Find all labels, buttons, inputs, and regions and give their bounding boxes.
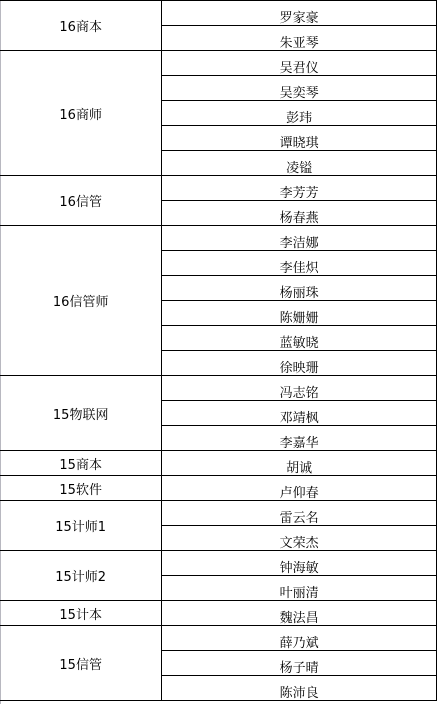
student-name: 杨丽珠	[280, 286, 319, 301]
table-row: 16信管师李洁娜	[0, 226, 437, 251]
student-name-cell[interactable]: 卢仰春	[162, 476, 437, 501]
student-name: 谭晓琪	[280, 136, 319, 151]
student-name-cell[interactable]: 罗家豪	[162, 1, 437, 26]
student-name-cell[interactable]: 杨子晴	[162, 651, 437, 676]
student-name-cell[interactable]: 李嘉华	[162, 426, 437, 451]
student-name-cell[interactable]: 蓝敏晓	[162, 326, 437, 351]
student-name: 叶丽清	[280, 586, 319, 601]
class-cell[interactable]: 15计本	[0, 601, 162, 626]
student-name-cell[interactable]: 杨丽珠	[162, 276, 437, 301]
table-row: 15计师2钟海敏	[0, 551, 437, 576]
student-name-cell[interactable]: 杨春燕	[162, 201, 437, 226]
table-row: 15计本魏法昌	[0, 601, 437, 626]
class-cell[interactable]: 16信管师	[0, 226, 162, 376]
student-name: 杨春燕	[280, 211, 319, 226]
student-name-cell[interactable]: 李佳炽	[162, 251, 437, 276]
student-name: 罗家豪	[280, 11, 319, 26]
class-cell[interactable]: 16商师	[0, 51, 162, 176]
student-name-cell[interactable]: 凌镒	[162, 151, 437, 176]
student-name-cell[interactable]: 彭玮	[162, 101, 437, 126]
student-name-cell[interactable]: 陈沛良	[162, 676, 437, 701]
student-name: 吴奕琴	[280, 86, 319, 101]
class-cell[interactable]: 16信管	[0, 176, 162, 226]
table-row: 15商本胡诚	[0, 451, 437, 476]
table-row: 16信管李芳芳	[0, 176, 437, 201]
student-name-cell[interactable]: 谭晓琪	[162, 126, 437, 151]
student-name: 李芳芳	[280, 186, 319, 201]
class-cell[interactable]: 15物联网	[0, 376, 162, 451]
student-name-cell[interactable]: 冯志铭	[162, 376, 437, 401]
student-name-cell[interactable]: 叶丽清	[162, 576, 437, 601]
student-name: 冯志铭	[280, 386, 319, 401]
student-name: 彭玮	[286, 111, 312, 126]
class-cell[interactable]: 15信管	[0, 626, 162, 701]
table-row: 16商师吴君仪	[0, 51, 437, 76]
student-name: 徐映珊	[280, 361, 319, 376]
student-name: 吴君仪	[280, 61, 319, 76]
student-name: 蓝敏晓	[280, 336, 319, 351]
student-name: 薛乃斌	[280, 636, 319, 651]
student-name-cell[interactable]: 邓靖枫	[162, 401, 437, 426]
student-name: 文荣杰	[280, 536, 319, 551]
student-name: 凌镒	[286, 161, 312, 176]
student-name: 胡诚	[286, 461, 312, 476]
table-row: 15信管薛乃斌	[0, 626, 437, 651]
student-name: 陈姗姗	[280, 311, 319, 326]
class-cell[interactable]: 15计师2	[0, 551, 162, 601]
table-row: 16商本罗家豪	[0, 1, 437, 26]
student-name: 李洁娜	[280, 236, 319, 251]
class-cell[interactable]: 15软件	[0, 476, 162, 501]
class-cell[interactable]: 16商本	[0, 1, 162, 51]
student-name-cell[interactable]: 薛乃斌	[162, 626, 437, 651]
student-name-cell[interactable]: 李芳芳	[162, 176, 437, 201]
student-name-cell[interactable]: 胡诚	[162, 451, 437, 476]
student-name: 李嘉华	[280, 436, 319, 451]
table-row: 15计师1雷云名	[0, 501, 437, 526]
table-row: 15物联网冯志铭	[0, 376, 437, 401]
student-name: 朱亚琴	[280, 36, 319, 51]
student-name-cell[interactable]: 雷云名	[162, 501, 437, 526]
student-name: 魏法昌	[280, 611, 319, 626]
table-body: 16商本罗家豪朱亚琴16商师吴君仪吴奕琴彭玮谭晓琪凌镒16信管李芳芳杨春燕16信…	[0, 1, 437, 701]
student-name-cell[interactable]: 文荣杰	[162, 526, 437, 551]
student-name-cell[interactable]: 魏法昌	[162, 601, 437, 626]
student-name: 李佳炽	[280, 261, 319, 276]
class-cell[interactable]: 15商本	[0, 451, 162, 476]
student-name-cell[interactable]: 吴君仪	[162, 51, 437, 76]
student-name: 陈沛良	[280, 686, 319, 701]
student-name-cell[interactable]: 钟海敏	[162, 551, 437, 576]
student-name: 邓靖枫	[280, 411, 319, 426]
student-name: 卢仰春	[280, 486, 319, 501]
student-name: 杨子晴	[280, 661, 319, 676]
class-student-table: 16商本罗家豪朱亚琴16商师吴君仪吴奕琴彭玮谭晓琪凌镒16信管李芳芳杨春燕16信…	[0, 0, 437, 701]
class-cell[interactable]: 15计师1	[0, 501, 162, 551]
student-name-cell[interactable]: 吴奕琴	[162, 76, 437, 101]
student-name: 钟海敏	[280, 561, 319, 576]
student-name-cell[interactable]: 朱亚琴	[162, 26, 437, 51]
student-name-cell[interactable]: 陈姗姗	[162, 301, 437, 326]
table-row: 15软件卢仰春	[0, 476, 437, 501]
student-name-cell[interactable]: 徐映珊	[162, 351, 437, 376]
student-name-cell[interactable]: 李洁娜	[162, 226, 437, 251]
student-name: 雷云名	[280, 511, 319, 526]
